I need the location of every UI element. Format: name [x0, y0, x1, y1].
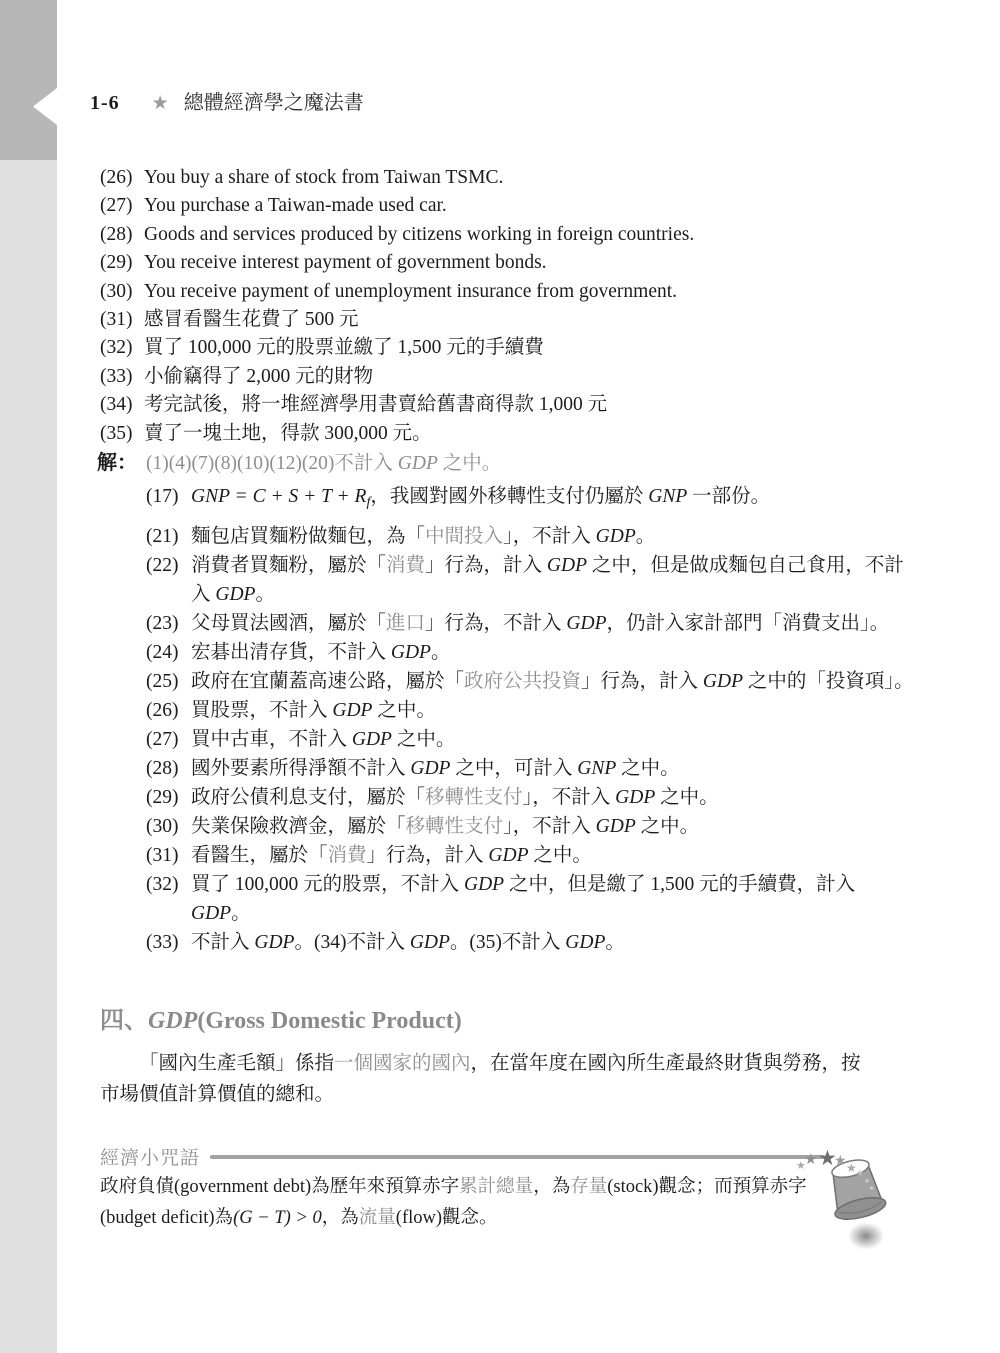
text-segment: 政府在宜蘭蓋高速公路，屬於「 — [191, 671, 464, 692]
question-text: 賣了一塊土地，得款 300,000 元。 — [144, 423, 432, 444]
solution-intro: (1)(4)(7)(8)(10)(12)(20)不計入 GDP 之中。 — [146, 449, 915, 478]
section-paragraph: 「國內生產毛額」係指一個國家的國內，在當年度在國內所生產最終財貨與勞務，按市場價… — [100, 1048, 876, 1110]
text-segment: 」行為，計入 — [581, 671, 703, 692]
text-segment: (budget deficit)為 — [100, 1208, 233, 1228]
text-segment: GDP — [565, 932, 605, 953]
text-segment: 買了 100,000 元的股票，不計入 — [191, 874, 464, 895]
text-segment: GDP — [191, 903, 231, 924]
text-segment: 流量 — [359, 1208, 396, 1228]
text-segment: 。(35)不計入 — [450, 932, 565, 953]
solution-item-list: (17)GNP = C + S + T + Rf，我國對國外移轉性支付仍屬於 G… — [146, 482, 915, 957]
question-item: (34)考完試後，將一堆經濟學用書賣給舊書商得款 1,000 元 — [100, 391, 930, 419]
section-heading: 四、GDP(Gross Domestic Product) — [100, 1000, 462, 1035]
solution-item: (27)買中古車，不計入 GDP 之中。 — [146, 725, 915, 754]
text-segment: GDP — [615, 787, 655, 808]
solution-item-text: 宏碁出清存貨，不計入 GDP。 — [191, 642, 450, 663]
solution-item: (30)失業保險救濟金，屬於「移轉性支付」，不計入 GDP 之中。 — [146, 812, 915, 841]
text-segment: GDP — [596, 526, 636, 547]
text-segment: 移轉性支付 — [425, 787, 523, 808]
question-number: (28) — [100, 221, 144, 249]
text-segment: (Gross Domestic Product) — [197, 1008, 461, 1034]
text-segment: 買中古車，不計入 — [191, 729, 352, 750]
text-segment: GDP — [547, 555, 587, 576]
tipbox-header: 經濟小咒語 — [100, 1143, 824, 1170]
text-segment: 」行為，不計入 — [425, 613, 566, 634]
question-number: (30) — [100, 278, 144, 306]
sidebar-accent-light — [0, 160, 57, 1353]
text-segment: GDP — [398, 453, 438, 474]
solution-item: (33)不計入 GDP。(34)不計入 GDP。(35)不計入 GDP。 — [146, 928, 915, 957]
solution-item: (32)買了 100,000 元的股票，不計入 GDP 之中，但是繳了 1,50… — [146, 870, 915, 928]
text-segment: 宏碁出清存貨，不計入 — [191, 642, 391, 663]
tipbox-text-line: (budget deficit)為(G − T) > 0，為流量(flow)觀念… — [100, 1203, 900, 1234]
text-segment: (flow)觀念。 — [396, 1208, 498, 1228]
text-segment: 移轉性支付 — [406, 816, 504, 837]
text-segment: 」行為，計入 — [367, 845, 489, 866]
text-segment: 。 — [605, 932, 625, 953]
question-text: You purchase a Taiwan-made used car. — [144, 195, 447, 216]
solution-item: (28)國外要素所得淨額不計入 GDP 之中，可計入 GNP 之中。 — [146, 754, 915, 783]
question-item: (27)You purchase a Taiwan-made used car. — [100, 192, 930, 220]
text-segment: 。 — [255, 584, 275, 605]
sidebar-accent-dark — [0, 0, 57, 160]
text-segment: 之中。 — [529, 845, 592, 866]
question-item: (31)感冒看醫生花費了 500 元 — [100, 306, 930, 334]
text-segment: GDP — [332, 700, 372, 721]
text-segment: 四、 — [100, 1008, 148, 1034]
text-segment: GDP — [352, 729, 392, 750]
question-number: (26) — [100, 164, 144, 192]
text-segment: ，我國對國外移轉性支付仍屬於 — [370, 486, 648, 507]
page-number: 1-6 — [90, 92, 120, 114]
text-segment: 買股票，不計入 — [191, 700, 332, 721]
question-text: You buy a share of stock from Taiwan TSM… — [144, 167, 503, 188]
solution-item: (22)消費者買麵粉，屬於「消費」行為，計入 GDP 之中，但是做成麵包自己食用… — [146, 551, 915, 609]
solution-item-text: 父母買法國酒，屬於「進口」行為，不計入 GDP，仍計入家計部門「消費支出」。 — [191, 613, 889, 634]
text-segment: 。 — [636, 526, 656, 547]
text-segment: 之中。 — [655, 787, 718, 808]
star-icon: ★ — [834, 1154, 847, 1168]
solution-item: (17)GNP = C + S + T + Rf，我國對國外移轉性支付仍屬於 G… — [146, 482, 915, 517]
solution-item-number: (29) — [146, 783, 191, 812]
text-segment: GNP — [577, 758, 616, 779]
text-segment: 」，不計入 — [503, 816, 596, 837]
text-segment: GDP — [148, 1008, 197, 1034]
text-segment: 消費 — [328, 845, 367, 866]
solution-item-text: 買中古車，不計入 GDP 之中。 — [191, 729, 455, 750]
solution-item-number: (23) — [146, 609, 191, 638]
text-segment: 「國內生產毛額」係指 — [139, 1053, 334, 1074]
solution-item: (25)政府在宜蘭蓋高速公路，屬於「政府公共投資」行為，計入 GDP 之中的「投… — [146, 667, 915, 696]
solution-item-text: 失業保險救濟金，屬於「移轉性支付」，不計入 GDP 之中。 — [191, 816, 699, 837]
solution-item-text: 政府在宜蘭蓋高速公路，屬於「政府公共投資」行為，計入 GDP 之中的「投資項」。 — [191, 671, 914, 692]
text-segment: 之中。 — [438, 453, 501, 474]
text-segment: 一個國家的國內 — [334, 1053, 471, 1074]
text-segment: ，仍計入家計部門「消費支出」。 — [607, 613, 890, 634]
page-header: 1-6 ★ 總體經濟學之魔法書 — [90, 86, 364, 115]
text-segment: GDP — [464, 874, 504, 895]
tipbox-title: 經濟小咒語 — [100, 1143, 200, 1170]
question-item: (26)You buy a share of stock from Taiwan… — [100, 164, 930, 192]
question-item: (30)You receive payment of unemployment … — [100, 278, 930, 306]
solution-item-text: 看醫生，屬於「消費」行為，計入 GDP 之中。 — [191, 845, 592, 866]
solution-item-number: (21) — [146, 522, 191, 551]
text-segment: GDP — [391, 642, 431, 663]
text-segment: 之中。 — [636, 816, 699, 837]
tipbox-rule — [210, 1155, 824, 1159]
text-segment: 」，不計入 — [523, 787, 616, 808]
solution-item-text: 麵包店買麵粉做麵包，為「中間投入」，不計入 GDP。 — [191, 526, 655, 547]
solution-item-number: (31) — [146, 841, 191, 870]
solution-item: (31)看醫生，屬於「消費」行為，計入 GDP 之中。 — [146, 841, 915, 870]
text-segment: GDP — [488, 845, 528, 866]
solution-item-number: (26) — [146, 696, 191, 725]
text-segment: ，為 — [533, 1177, 570, 1197]
text-segment: 消費者買麵粉，屬於「 — [191, 555, 386, 576]
text-segment: 進口 — [386, 613, 425, 634]
question-text: You receive payment of unemployment insu… — [144, 281, 677, 302]
star-icon: ★ — [864, 1178, 870, 1185]
text-segment: 政府負債(government debt)為歷年來預算赤字 — [100, 1177, 459, 1197]
tipbox-text: 政府負債(government debt)為歷年來預算赤字累計總量，為存量(st… — [100, 1172, 900, 1234]
book-title: 總體經濟學之魔法書 — [184, 92, 364, 114]
text-segment: GNP — [191, 486, 230, 507]
text-segment: GDP — [254, 932, 294, 953]
text-segment: 。 — [431, 642, 451, 663]
solution-item-number: (27) — [146, 725, 191, 754]
question-text: 感冒看醫生花費了 500 元 — [144, 309, 359, 330]
text-segment: GNP — [648, 486, 687, 507]
text-segment: = C + S + T + R — [230, 486, 367, 507]
solution-item-number: (33) — [146, 928, 191, 957]
text-segment: (G − T) > 0 — [233, 1208, 322, 1228]
question-number: (35) — [100, 420, 144, 448]
solution-item: (26)買股票，不計入 GDP 之中。 — [146, 696, 915, 725]
solution-item-text: 政府公債利息支付，屬於「移轉性支付」，不計入 GDP 之中。 — [191, 787, 719, 808]
solution-item-text: 買了 100,000 元的股票，不計入 GDP 之中，但是繳了 1,500 元的… — [191, 874, 855, 924]
star-icon: ★ — [869, 1186, 874, 1192]
question-list: (26)You buy a share of stock from Taiwan… — [100, 164, 930, 448]
solution-item: (29)政府公債利息支付，屬於「移轉性支付」，不計入 GDP 之中。 — [146, 783, 915, 812]
text-segment: 看醫生，屬於「 — [191, 845, 328, 866]
question-number: (33) — [100, 363, 144, 391]
text-segment: 。(34)不計入 — [294, 932, 409, 953]
question-number: (27) — [100, 192, 144, 220]
solution-intro-row: 解： (1)(4)(7)(8)(10)(12)(20)不計入 GDP 之中。 — [97, 449, 915, 478]
text-segment: 父母買法國酒，屬於「 — [191, 613, 386, 634]
question-item: (32)買了 100,000 元的股票並繳了 1,500 元的手續費 — [100, 334, 930, 362]
question-number: (32) — [100, 334, 144, 362]
question-item: (29)You receive interest payment of gove… — [100, 249, 930, 277]
question-item: (33)小偷竊得了 2,000 元的財物 — [100, 363, 930, 391]
text-segment: 失業保險救濟金，屬於「 — [191, 816, 406, 837]
solution-item-text: 不計入 GDP。(34)不計入 GDP。(35)不計入 GDP。 — [191, 932, 625, 953]
text-segment: 政府公共投資 — [464, 671, 581, 692]
solution-item-text: 國外要素所得淨額不計入 GDP 之中，可計入 GNP 之中。 — [191, 758, 680, 779]
solution-item-text: GNP = C + S + T + Rf，我國對國外移轉性支付仍屬於 GNP 一… — [191, 486, 770, 507]
text-segment: 累計總量 — [459, 1177, 533, 1197]
text-segment: 之中。 — [372, 700, 435, 721]
text-segment: GDP — [215, 584, 255, 605]
text-segment: 」行為，計入 — [425, 555, 547, 576]
magic-hat-decoration: ★★★★★★★★ — [816, 1146, 896, 1256]
tipbox-text-line: 政府負債(government debt)為歷年來預算赤字累計總量，為存量(st… — [100, 1172, 900, 1203]
solution-item-text: 買股票，不計入 GDP 之中。 — [191, 700, 436, 721]
star-icon: ★ — [856, 1170, 864, 1179]
question-number: (34) — [100, 391, 144, 419]
text-segment: GDP — [596, 816, 636, 837]
text-segment: GDP — [410, 932, 450, 953]
text-segment: GDP — [410, 758, 450, 779]
text-segment: 之中。 — [616, 758, 679, 779]
star-icon: ★ — [804, 1152, 817, 1167]
question-item: (28)Goods and services produced by citiz… — [100, 221, 930, 249]
text-segment: 之中，但是繳了 1,500 元的手續費，計入 — [504, 874, 855, 895]
star-icon: ★ — [152, 92, 169, 114]
solution-item-text: 消費者買麵粉，屬於「消費」行為，計入 GDP 之中，但是做成麵包自己食用，不計入… — [191, 555, 904, 605]
question-text: You receive interest payment of governme… — [144, 252, 547, 273]
solution-item-number: (30) — [146, 812, 191, 841]
question-text: 考完試後，將一堆經濟學用書賣給舊書商得款 1,000 元 — [144, 394, 607, 415]
text-segment: 麵包店買麵粉做麵包，為「 — [191, 526, 425, 547]
text-segment: 國外要素所得淨額不計入 — [191, 758, 410, 779]
text-segment: ，為 — [322, 1208, 359, 1228]
solution-item: (24)宏碁出清存貨，不計入 GDP。 — [146, 638, 915, 667]
question-number: (29) — [100, 249, 144, 277]
solution-item-number: (28) — [146, 754, 191, 783]
solution-item: (21)麵包店買麵粉做麵包，為「中間投入」，不計入 GDP。 — [146, 522, 915, 551]
text-segment: 中間投入 — [425, 526, 503, 547]
question-text: Goods and services produced by citizens … — [144, 224, 694, 245]
text-segment: 政府公債利息支付，屬於「 — [191, 787, 425, 808]
text-segment: 」，不計入 — [503, 526, 596, 547]
solution-item-number: (25) — [146, 667, 191, 696]
solution-item-number: (17) — [146, 482, 191, 511]
solution-item-number: (24) — [146, 638, 191, 667]
text-segment: GDP — [703, 671, 743, 692]
text-segment: 消費 — [386, 555, 425, 576]
text-segment: 之中的「投資項」。 — [743, 671, 914, 692]
text-segment: (stock)觀念；而預算赤字 — [607, 1177, 806, 1197]
text-segment: 不計入 — [191, 932, 254, 953]
solution-item-number: (32) — [146, 870, 191, 899]
text-segment: 之中，可計入 — [450, 758, 577, 779]
solution-block: 解： (1)(4)(7)(8)(10)(12)(20)不計入 GDP 之中。 (… — [97, 449, 915, 957]
text-segment: GDP — [566, 613, 606, 634]
question-text: 買了 100,000 元的股票並繳了 1,500 元的手續費 — [144, 337, 544, 358]
solution-label: 解： — [97, 449, 146, 478]
question-text: 小偷竊得了 2,000 元的財物 — [144, 366, 373, 387]
text-segment: 之中。 — [392, 729, 455, 750]
text-segment: 。 — [231, 903, 251, 924]
solution-item-number: (22) — [146, 551, 191, 580]
question-item: (35)賣了一塊土地，得款 300,000 元。 — [100, 420, 930, 448]
question-number: (31) — [100, 306, 144, 334]
solution-item: (23)父母買法國酒，屬於「進口」行為，不計入 GDP，仍計入家計部門「消費支出… — [146, 609, 915, 638]
text-segment: 存量 — [570, 1177, 607, 1197]
text-segment: 一部份。 — [687, 486, 770, 507]
text-segment: (1)(4)(7)(8)(10)(12)(20)不計入 — [146, 453, 398, 474]
